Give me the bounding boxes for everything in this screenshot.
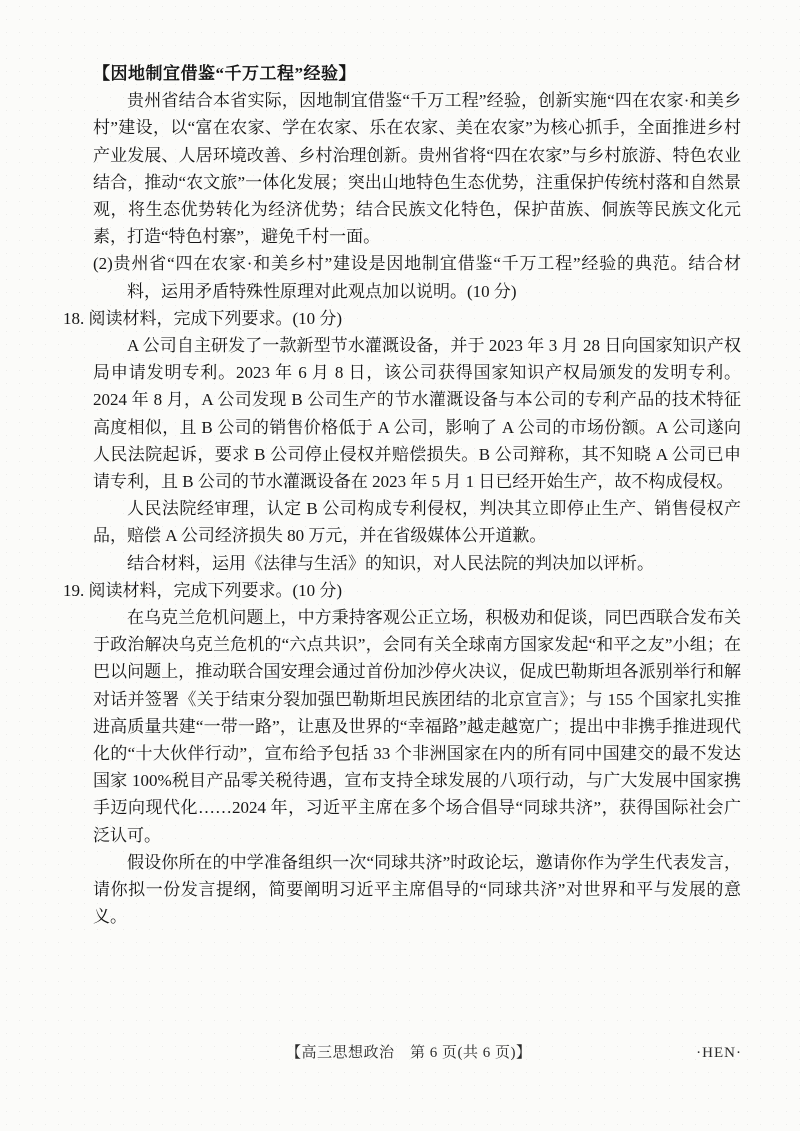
question-19-material-paragraph-1: 在乌克兰危机问题上，中方秉持客观公正立场，积极劝和促谈，同巴西联合发布关于政治解… xyxy=(93,604,741,849)
sub-question-2: (2)贵州省“四在农家·和美乡村”建设是因地制宜借鉴“千万工程”经验的典范。结合… xyxy=(93,250,741,304)
footer-edition-code: ·HEN· xyxy=(696,1041,742,1065)
material-section-header: 【因地制宜借鉴“千万工程”经验】 xyxy=(93,60,741,87)
question-18-stem: 18. 阅读材料，完成下列要求。(10 分) xyxy=(63,305,741,332)
page-footer: 【高三思想政治 第 6 页(共 6 页)】 ·HEN· xyxy=(0,1041,800,1065)
question-18-task: 结合材料，运用《法律与生活》的知识，对人民法院的判决加以评析。 xyxy=(93,550,741,577)
exam-paper-page: 【因地制宜借鉴“千万工程”经验】 贵州省结合本省实际，因地制宜借鉴“千万工程”经… xyxy=(0,0,800,1131)
question-18-material-paragraph-2: 人民法院经审理，认定 B 公司构成专利侵权，判决其立即停止生产、销售侵权产品，赔… xyxy=(93,495,741,549)
footer-subject-page-number: 【高三思想政治 第 6 页(共 6 页)】 xyxy=(286,1041,532,1065)
page-body: 【因地制宜借鉴“千万工程”经验】 贵州省结合本省实际，因地制宜借鉴“千万工程”经… xyxy=(93,60,741,931)
question-19-task: 假设你所在的中学准备组织一次“同球共济”时政论坛，邀请你作为学生代表发言，请你拟… xyxy=(93,849,741,931)
question-19-stem: 19. 阅读材料，完成下列要求。(10 分) xyxy=(63,577,741,604)
question-18-material-paragraph-1: A 公司自主研发了一款新型节水灌溉设备，并于 2023 年 3 月 28 日向国… xyxy=(93,332,741,495)
material-paragraph-guizhou: 贵州省结合本省实际，因地制宜借鉴“千万工程”经验，创新实施“四在农家·和美乡村”… xyxy=(93,87,741,250)
